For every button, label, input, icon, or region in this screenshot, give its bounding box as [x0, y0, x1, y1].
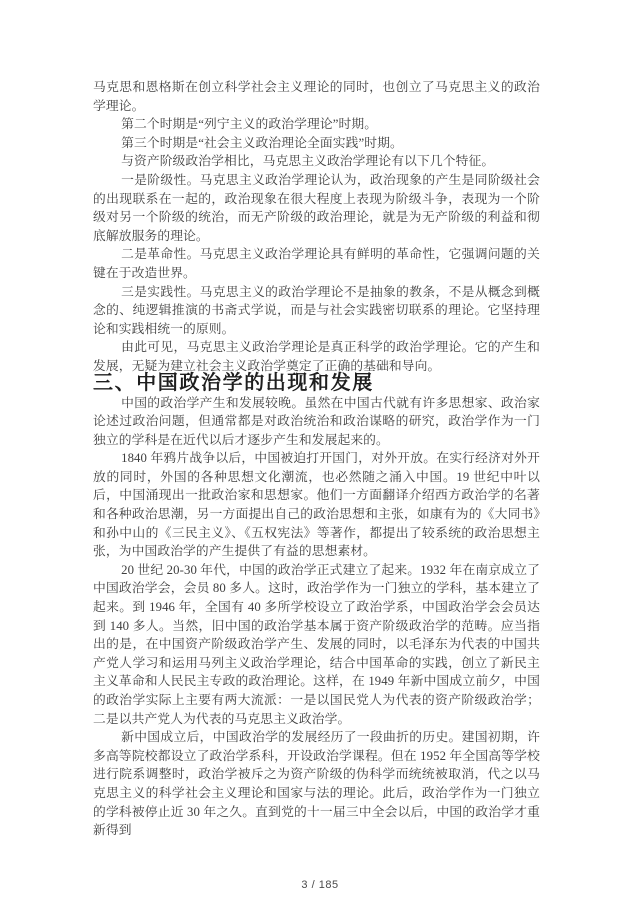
document-page: 马克思和恩格斯在创立科学社会主义理论的同时，也创立了马克思主义的政治学理论。 第…	[0, 0, 640, 905]
paragraph: 一是阶级性。马克思主义政治学理论认为，政治现象的产生是同阶级社会的出现联系在一起…	[93, 171, 540, 245]
paragraph: 新中国成立后，中国政治学的发展经历了一段曲折的历史。建国初期，许多高等院校都设立…	[93, 728, 540, 840]
paragraph: 中国的政治学产生和发展较晚。虽然在中国古代就有许多思想家、政治家论述过政治问题，…	[93, 394, 540, 450]
paragraph: 与资产阶级政治学相比，马克思主义政治学理论有以下几个特征。	[93, 152, 540, 171]
paragraph: 三是实践性。马克思主义的政治学理论不是抽象的教条，不是从概念到概念的、纯逻辑推演…	[93, 283, 540, 339]
page-body: 马克思和恩格斯在创立科学社会主义理论的同时，也创立了马克思主义的政治学理论。 第…	[93, 78, 540, 840]
paragraph: 第三个时期是“社会主义政治理论全面实践”时期。	[93, 134, 540, 153]
section-heading: 三、中国政治学的出现和发展	[93, 372, 540, 394]
paragraph: 马克思和恩格斯在创立科学社会主义理论的同时，也创立了马克思主义的政治学理论。	[93, 78, 540, 115]
paragraph: 20 世纪 20-30 年代，中国的政治学正式建立了起来。1932 年在南京成立…	[93, 561, 540, 728]
paragraph: 二是革命性。马克思主义政治学理论具有鲜明的革命性，它强调问题的关键在于改造世界。	[93, 245, 540, 282]
paragraph: 1840 年鸦片战争以后，中国被迫打开国门，对外开放。在实行经济对外开放的同时，…	[93, 449, 540, 561]
page-number: 3 / 185	[0, 879, 640, 891]
paragraph: 第二个时期是“列宁主义的政治学理论”时期。	[93, 115, 540, 134]
paragraph: 由此可见，马克思主义政治学理论是真正科学的政治学理论。它的产生和发展，无疑为建立…	[93, 338, 540, 375]
